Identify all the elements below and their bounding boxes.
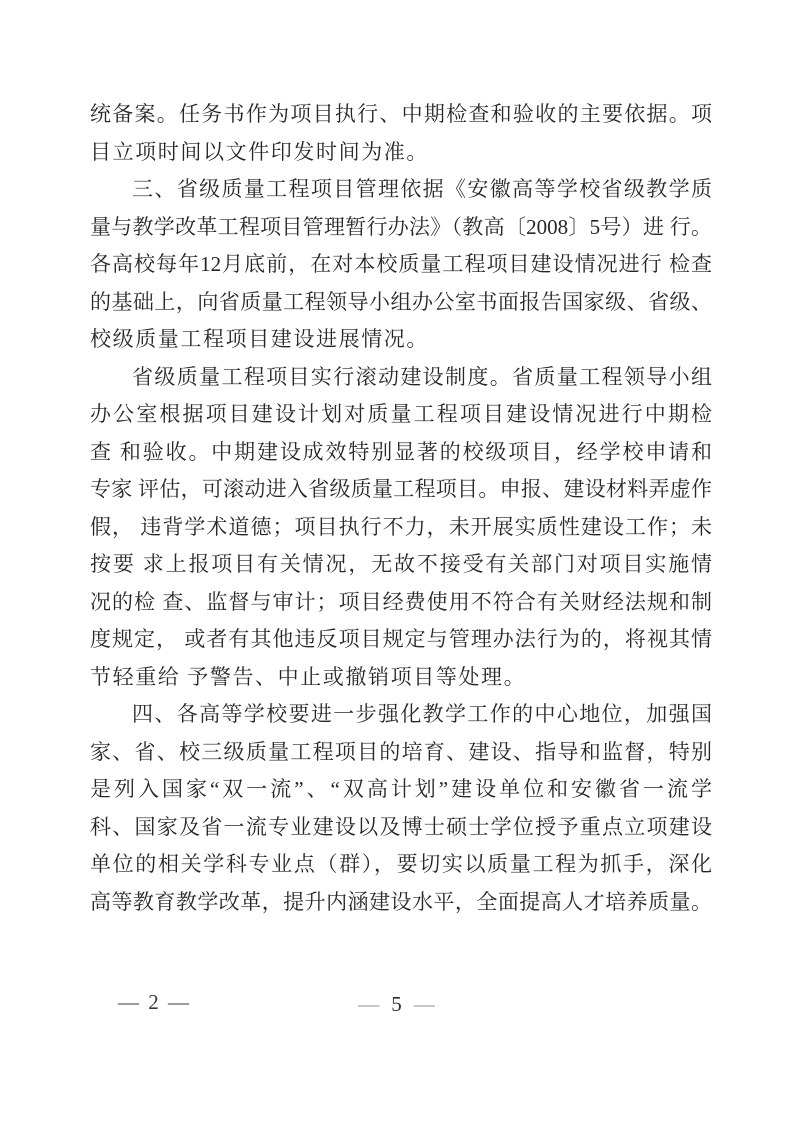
text-line: 假， 违背学术道德；项目执行不力，未开展实质性建设工作；未 bbox=[90, 509, 712, 547]
text-line: 按要 求上报项目有关情况，无故不接受有关部门对项目实施情 bbox=[90, 546, 712, 584]
page-number-center: —5— bbox=[358, 992, 435, 1017]
text-line: 量与教学改革工程项目管理暂行办法》（教高〔2008〕5号）进 行。 bbox=[90, 209, 712, 247]
page-number-value: 5 bbox=[391, 992, 402, 1016]
text-line: 度规定， 或者有其他违反项目规定与管理办法行为的，将视其情 bbox=[90, 621, 712, 659]
text-line: 专家 评估，可滚动进入省级质量工程项目。申报、建设材料弄虚作 bbox=[90, 471, 712, 509]
text-line: 校级质量工程项目建设进展情况。 bbox=[90, 321, 712, 359]
text-line: 查 和验收。中期建设成效特别显著的校级项目，经学校申请和 bbox=[90, 434, 712, 472]
text-line: 节轻重给 予警告、中止或撤销项目等处理。 bbox=[90, 659, 712, 697]
text-line: 三、省级质量工程项目管理依据《安徽高等学校省级教学质 bbox=[90, 171, 712, 209]
text-line: 单位的相关学科专业点（群），要切实以质量工程为抓手，深化 bbox=[90, 846, 712, 884]
page-footer: — 2 — —5— bbox=[0, 990, 793, 1030]
text-line: 省级质量工程项目实行滚动建设制度。省质量工程领导小组 bbox=[90, 359, 712, 397]
document-page: 统备案。任务书作为项目执行、中期检查和验收的主要依据。项 目立项时间以文件印发时… bbox=[0, 0, 793, 1122]
page-number-dash-right: — bbox=[414, 992, 435, 1016]
text-line: 况的检 查、监督与审计；项目经费使用不符合有关财经法规和制 bbox=[90, 584, 712, 622]
text-line: 是列入国家“双一流”、“双高计划”建设单位和安徽省一流学 bbox=[90, 771, 712, 809]
text-line: 家、省、校三级质量工程项目的培育、建设、指导和监督，特别 bbox=[90, 734, 712, 772]
document-body: 统备案。任务书作为项目执行、中期检查和验收的主要依据。项 目立项时间以文件印发时… bbox=[90, 96, 712, 921]
text-line: 各高校每年12月底前，在对本校质量工程项目建设情况进行 检查 bbox=[90, 246, 712, 284]
text-line: 的基础上，向省质量工程领导小组办公室书面报告国家级、省级、 bbox=[90, 284, 712, 322]
text-line: 统备案。任务书作为项目执行、中期检查和验收的主要依据。项 bbox=[90, 96, 712, 134]
text-line: 目立项时间以文件印发时间为准。 bbox=[90, 134, 712, 172]
text-line: 科、国家及省一流专业建设以及博士硕士学位授予重点立项建设 bbox=[90, 809, 712, 847]
text-line: 高等教育教学改革，提升内涵建设水平，全面提高人才培养质量。 bbox=[90, 884, 712, 922]
page-number-dash-left: — bbox=[358, 992, 379, 1016]
text-line: 四、各高等学校要进一步强化教学工作的中心地位，加强国 bbox=[90, 696, 712, 734]
text-line: 办公室根据项目建设计划对质量工程项目建设情况进行中期检 bbox=[90, 396, 712, 434]
page-number-left: — 2 — bbox=[118, 990, 191, 1015]
